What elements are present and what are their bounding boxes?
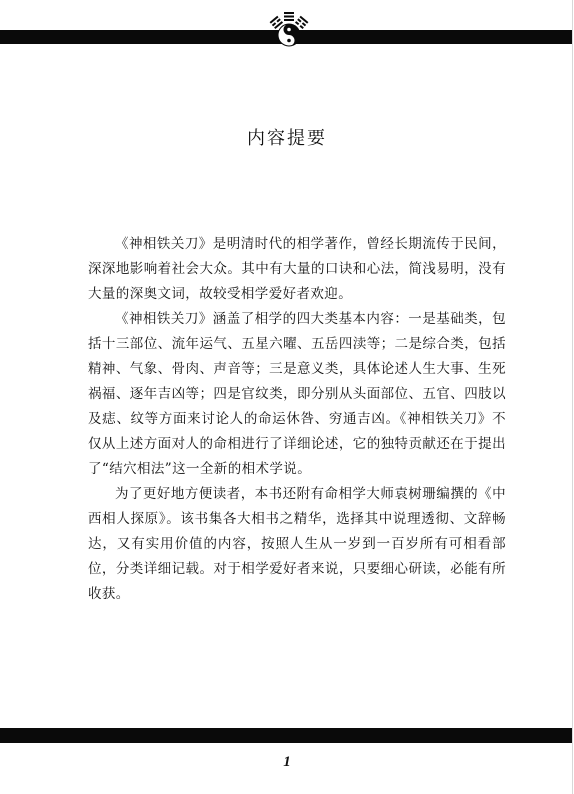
paragraph-3: 为了更好地方便读者，本书还附有命相学大师袁树珊编撰的《中西相人探原》。该书集各大… <box>88 482 506 607</box>
summary-body: 《神相铁关刀》是明清时代的相学著作，曾经长期流传于民间，深深地影响着社会大众。其… <box>88 232 506 607</box>
paragraph-1: 《神相铁关刀》是明清时代的相学著作，曾经长期流传于民间，深深地影响着社会大众。其… <box>88 232 506 307</box>
footer-rule <box>0 728 572 743</box>
yin-yang-bagua-icon <box>258 8 320 48</box>
page-number: 1 <box>0 754 574 771</box>
page-right-edge <box>572 0 573 794</box>
page-title: 内容提要 <box>0 124 574 150</box>
paragraph-2: 《神相铁关刀》涵盖了相学的四大类基本内容：一是基础类，包括十三部位、流年运气、五… <box>88 307 506 482</box>
